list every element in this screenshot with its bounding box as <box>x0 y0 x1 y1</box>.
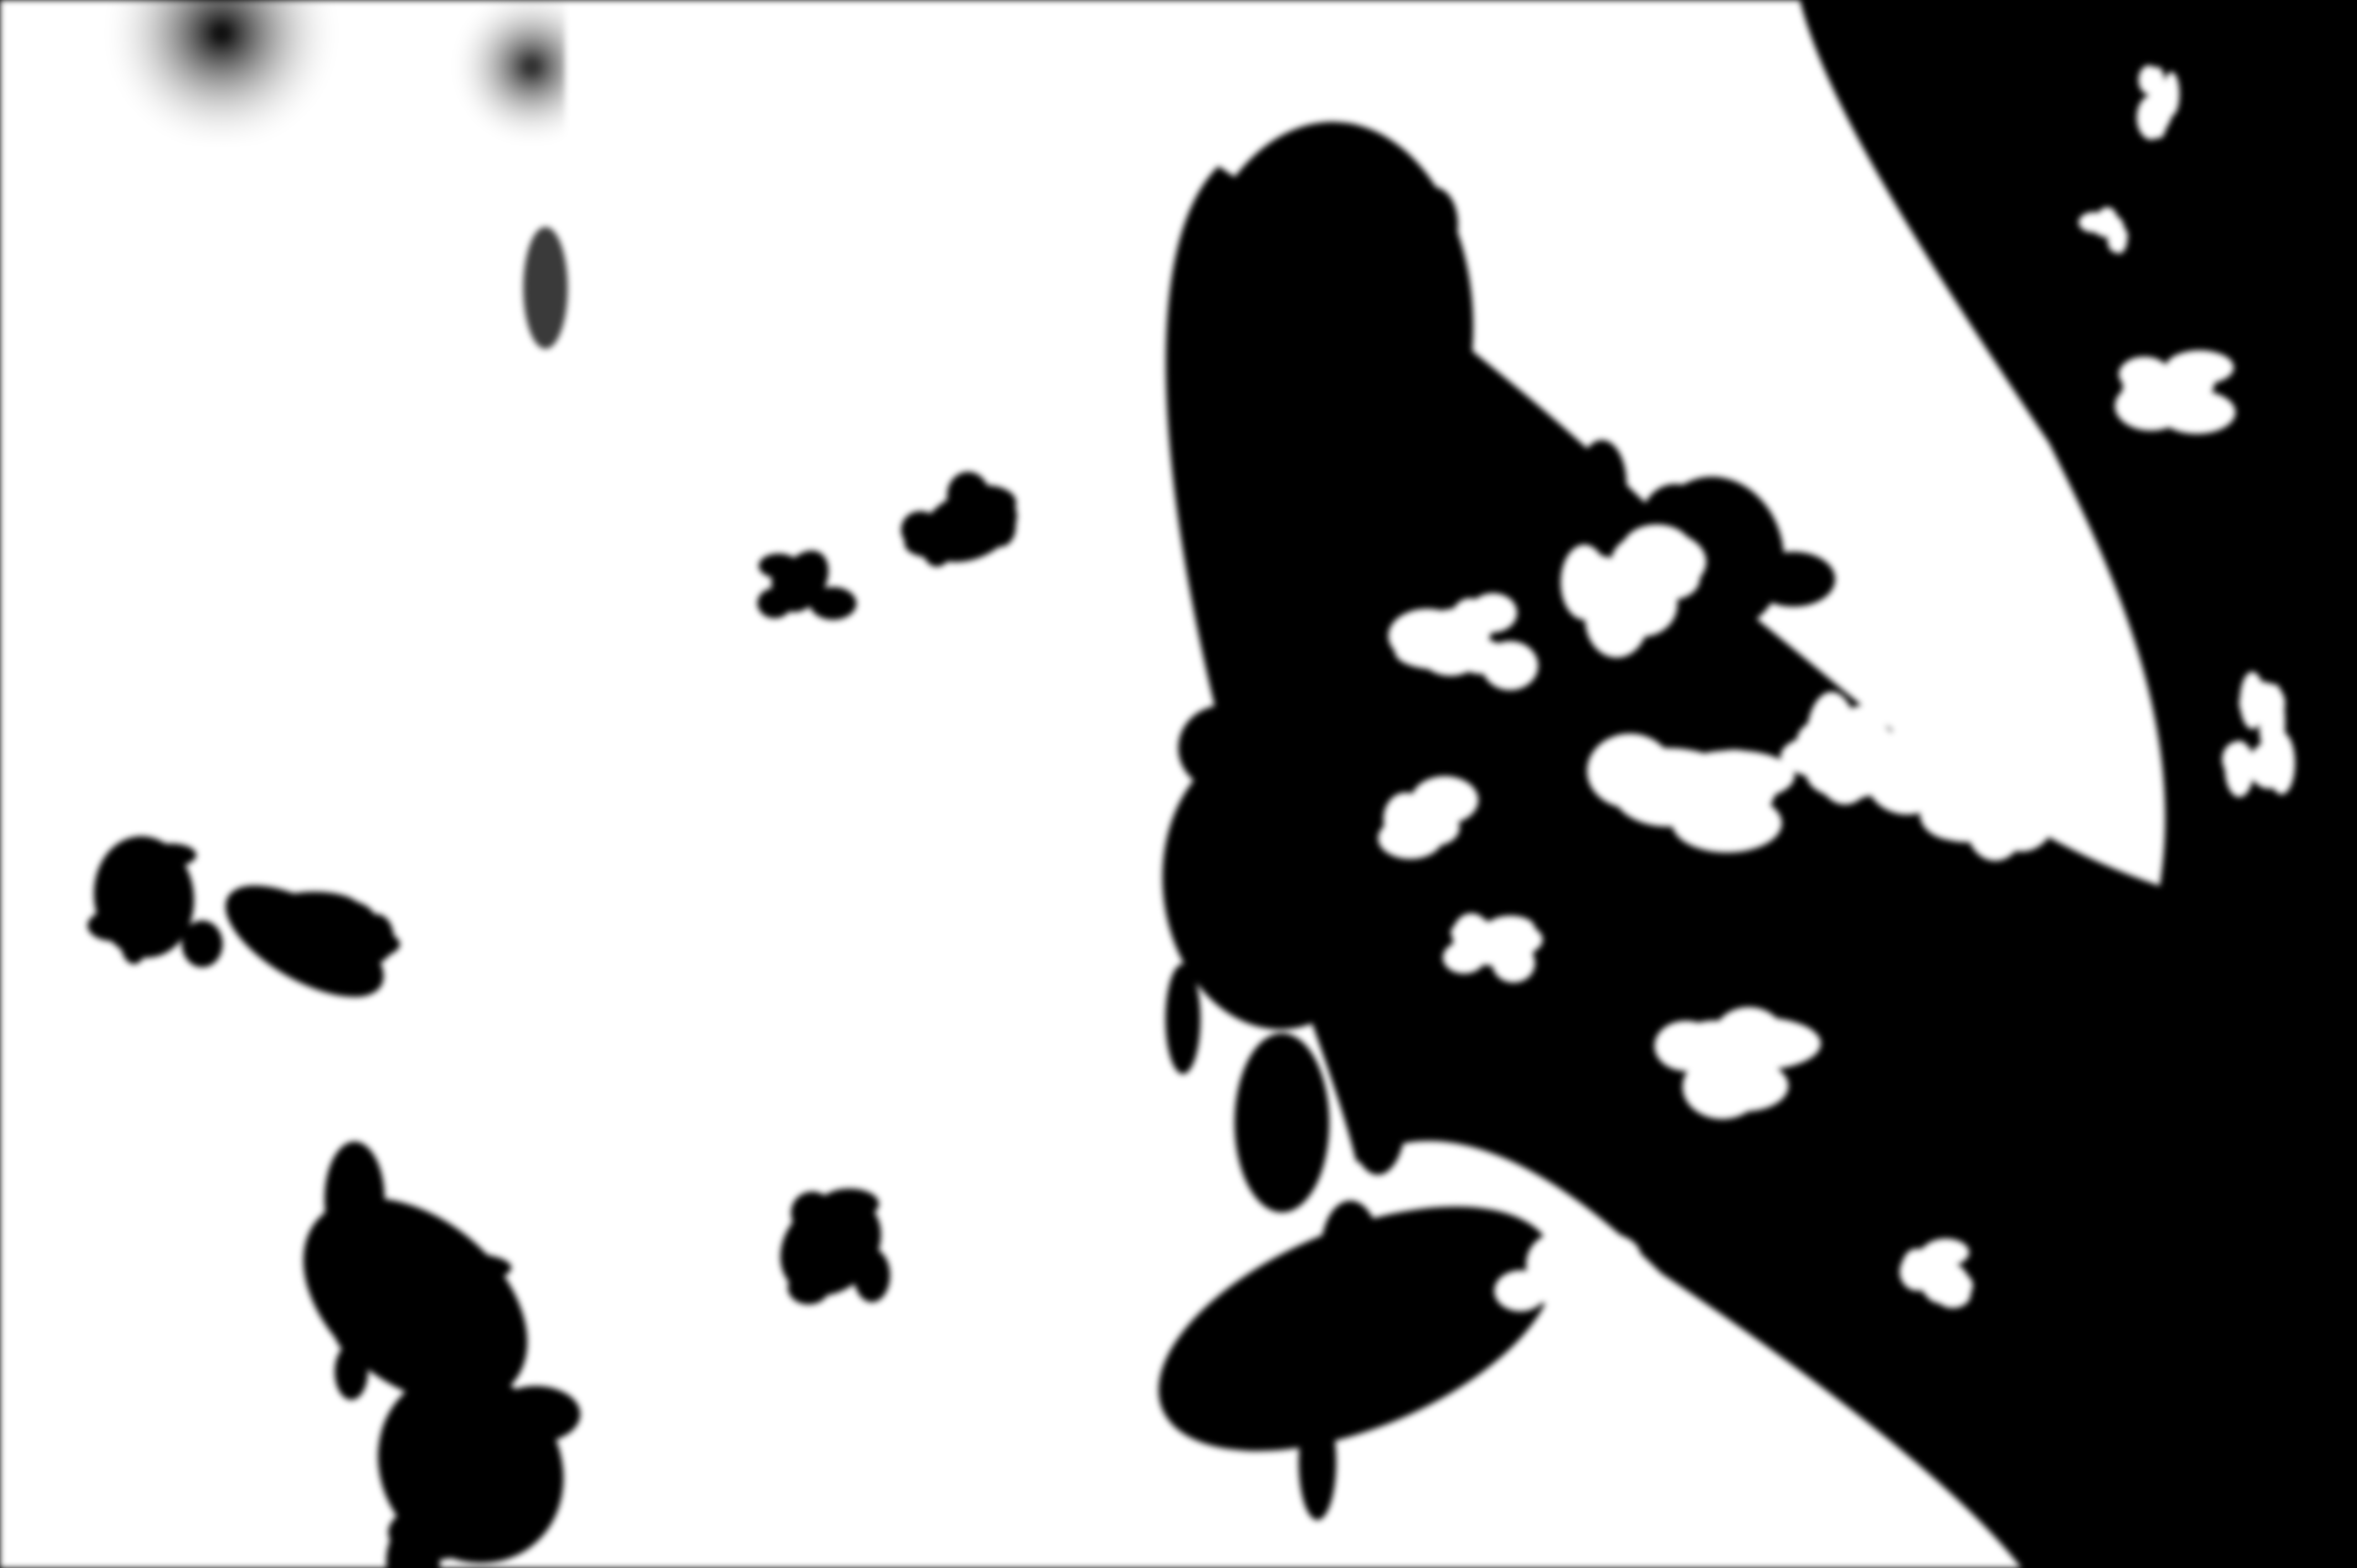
cloud-satellite-image <box>0 0 2357 1568</box>
